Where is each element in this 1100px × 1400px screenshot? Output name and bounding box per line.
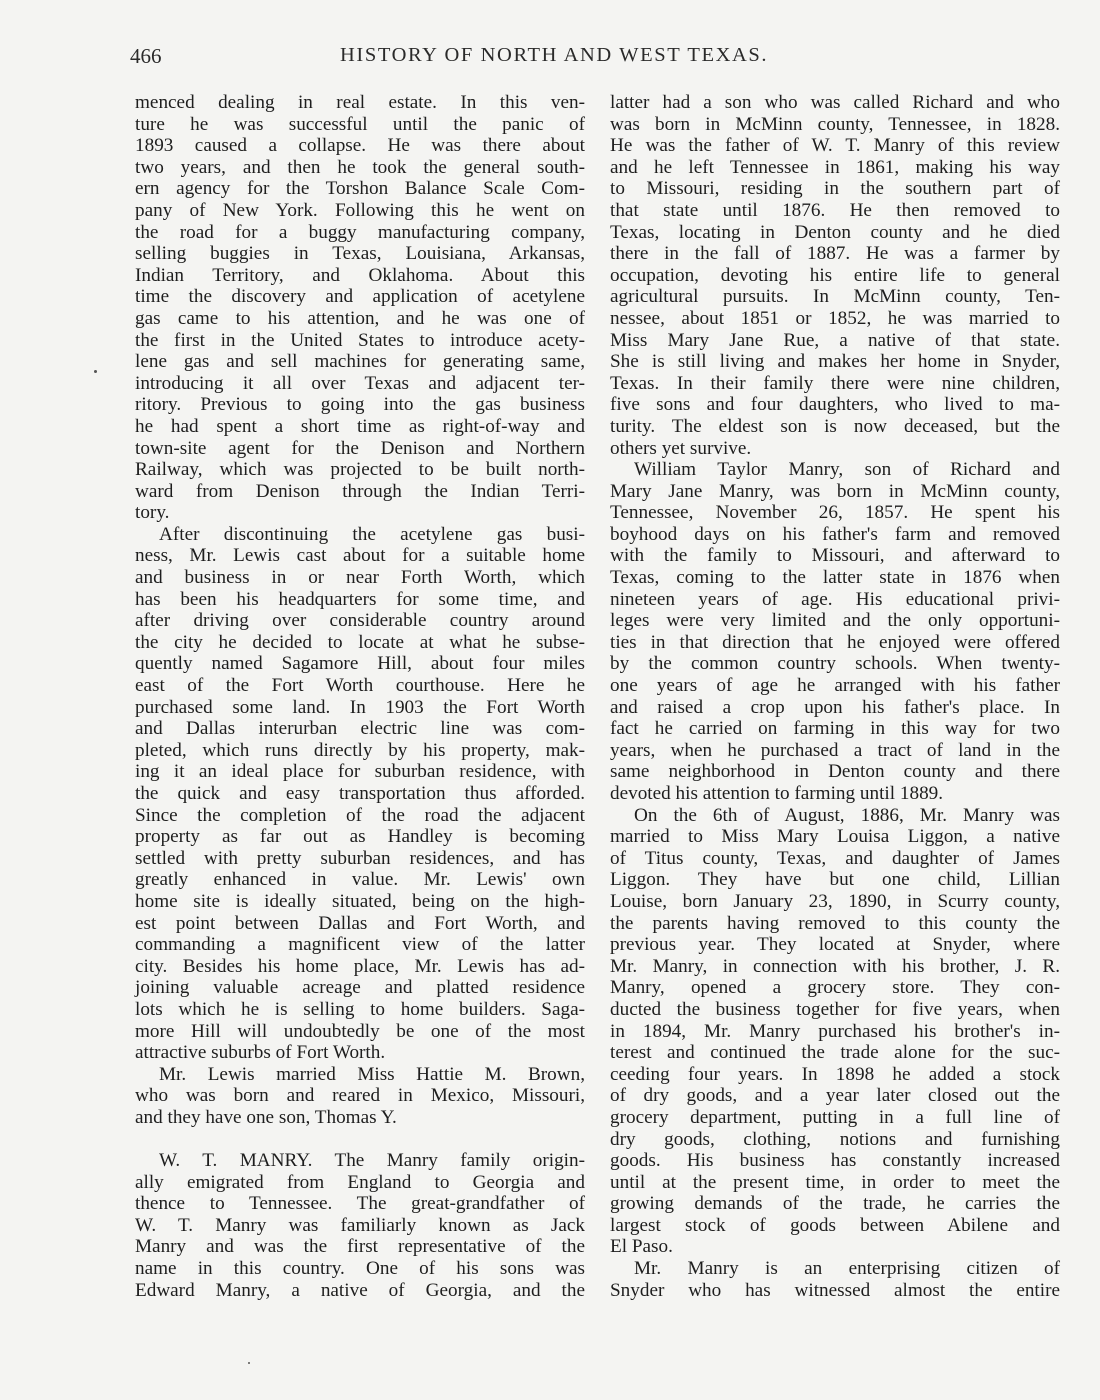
text-line: boyhood days on his father's farm and re… — [610, 524, 1060, 546]
text-line: one years of age he arranged with his fa… — [610, 675, 1060, 697]
text-line: ward from Denison through the Indian Ter… — [135, 481, 585, 503]
text-line: Manry and was the first representative o… — [135, 1236, 585, 1258]
text-line: attractive suburbs of Fort Worth. — [135, 1042, 585, 1064]
text-line: the city he decided to locate at what he… — [135, 632, 585, 654]
text-line: Mary Jane Manry, was born in McMinn coun… — [610, 481, 1060, 503]
page-number: 466 — [130, 44, 162, 69]
text-line: Texas. In their family there were nine c… — [610, 373, 1060, 395]
text-line: and Dallas interurban electric line was … — [135, 718, 585, 740]
text-line: lene gas and sell machines for generatin… — [135, 351, 585, 373]
text-line: terest and continued the trade alone for… — [610, 1042, 1060, 1064]
text-line: Manry, opened a grocery store. They con- — [610, 977, 1060, 999]
text-line: who was born and reared in Mexico, Misso… — [135, 1085, 585, 1107]
text-line: town-site agent for the Denison and Nort… — [135, 438, 585, 460]
text-line: W. T. Manry was familiarly known as Jack — [135, 1215, 585, 1237]
text-line: Texas, locating in Denton county and he … — [610, 222, 1060, 244]
book-page: 466 HISTORY OF NORTH AND WEST TEXAS. men… — [0, 0, 1100, 1400]
text-line: the first in the United States to introd… — [135, 330, 585, 352]
text-line: William Taylor Manry, son of Richard and — [610, 459, 1060, 481]
text-line: and he left Tennessee in 1861, making hi… — [610, 157, 1060, 179]
text-line: Indian Territory, and Oklahoma. About th… — [135, 265, 585, 287]
text-line: Texas, coming to the latter state in 187… — [610, 567, 1060, 589]
text-line: ritory. Previous to going into the gas b… — [135, 394, 585, 416]
running-title: HISTORY OF NORTH AND WEST TEXAS. — [340, 44, 768, 67]
text-line: dry goods, clothing, notions and furnish… — [610, 1129, 1060, 1151]
text-line: home site is ideally situated, being on … — [135, 891, 585, 913]
text-line: settled with pretty suburban residences,… — [135, 848, 585, 870]
text-line: two years, and then he took the general … — [135, 157, 585, 179]
text-line: turity. The eldest son is now deceased, … — [610, 416, 1060, 438]
text-line: joining valuable acreage and platted res… — [135, 977, 585, 999]
text-line: Mr. Manry, in connection with his brothe… — [610, 956, 1060, 978]
text-line: After discontinuing the acetylene gas bu… — [135, 524, 585, 546]
text-line: of Titus county, Texas, and daughter of … — [610, 848, 1060, 870]
text-line: 1893 caused a collapse. He was there abo… — [135, 135, 585, 157]
text-line: occupation, devoting his entire life to … — [610, 265, 1060, 287]
text-line: ern agency for the Torshon Balance Scale… — [135, 178, 585, 200]
text-line: menced dealing in real estate. In this v… — [135, 92, 585, 114]
text-line: Since the completion of the road the adj… — [135, 805, 585, 827]
text-line: east of the Fort Worth courthouse. Here … — [135, 675, 585, 697]
text-line: pleted, which runs directly by his prope… — [135, 740, 585, 762]
text-line: purchased some land. In 1903 the Fort Wo… — [135, 697, 585, 719]
text-line: others yet survive. — [610, 438, 1060, 460]
text-line: He was the father of W. T. Manry of this… — [610, 135, 1060, 157]
text-line: grocery department, putting in a full li… — [610, 1107, 1060, 1129]
text-line: has been his headquarters for some time,… — [135, 589, 585, 611]
print-speck — [94, 370, 97, 373]
text-line: tory. — [135, 502, 585, 524]
text-line: lots which he is selling to home builder… — [135, 999, 585, 1021]
text-line: and raised a crop upon his father's plac… — [610, 697, 1060, 719]
text-line: property as far out as Handley is becomi… — [135, 826, 585, 848]
text-line: name in this country. One of his sons wa… — [135, 1258, 585, 1280]
text-line: until at the present time, in order to m… — [610, 1172, 1060, 1194]
text-line: of dry goods, and a year later closed ou… — [610, 1085, 1060, 1107]
text-line: ties in that direction that he enjoyed w… — [610, 632, 1060, 654]
text-line: gas came to his attention, and he was on… — [135, 308, 585, 330]
text-line: that state until 1876. He then removed t… — [610, 200, 1060, 222]
text-line: nessee, about 1851 or 1852, he was marri… — [610, 308, 1060, 330]
text-line: in 1894, Mr. Manry purchased his brother… — [610, 1021, 1060, 1043]
text-line: by the common country schools. When twen… — [610, 653, 1060, 675]
text-line: was born in McMinn county, Tennessee, in… — [610, 114, 1060, 136]
text-line: quently named Sagamore Hill, about four … — [135, 653, 585, 675]
text-line: Liggon. They have but one child, Lillian — [610, 869, 1060, 891]
text-line: thence to Tennessee. The great-grandfath… — [135, 1193, 585, 1215]
text-line: and business in or near Forth Worth, whi… — [135, 567, 585, 589]
text-line: the road for a buggy manufacturing compa… — [135, 222, 585, 244]
text-line: On the 6th of August, 1886, Mr. Manry wa… — [610, 805, 1060, 827]
left-column: menced dealing in real estate. In this v… — [135, 92, 585, 1301]
text-line: ally emigrated from England to Georgia a… — [135, 1172, 585, 1194]
text-line: Mr. Manry is an enterprising citizen of — [610, 1258, 1060, 1280]
text-line: devoted his attention to farming until 1… — [610, 783, 1060, 805]
text-line: Railway, which was projected to be built… — [135, 459, 585, 481]
text-line: the quick and easy transportation thus a… — [135, 783, 585, 805]
text-line: est point between Dallas and Fort Worth,… — [135, 913, 585, 935]
text-line: the parents having removed to this count… — [610, 913, 1060, 935]
text-line: latter had a son who was called Richard … — [610, 92, 1060, 114]
text-line: Tennessee, November 26, 1857. He spent h… — [610, 502, 1060, 524]
text-line: leges were very limited and the only opp… — [610, 610, 1060, 632]
text-line: to Missouri, residing in the southern pa… — [610, 178, 1060, 200]
text-line: time the discovery and application of ac… — [135, 286, 585, 308]
text-line: he had spent a short time as right-of-wa… — [135, 416, 585, 438]
text-line: fact he carried on farming in this way f… — [610, 718, 1060, 740]
text-line: pany of New York. Following this he went… — [135, 200, 585, 222]
text-line: introducing it all over Texas and adjace… — [135, 373, 585, 395]
section-gap — [135, 1129, 585, 1151]
text-line: ness, Mr. Lewis cast about for a suitabl… — [135, 545, 585, 567]
text-line: growing demands of the trade, he carries… — [610, 1193, 1060, 1215]
text-line: married to Miss Mary Louisa Liggon, a na… — [610, 826, 1060, 848]
text-line: Snyder who has witnessed almost the enti… — [610, 1280, 1060, 1302]
text-line: same neighborhood in Denton county and t… — [610, 761, 1060, 783]
text-line: five sons and four daughters, who lived … — [610, 394, 1060, 416]
text-line: Miss Mary Jane Rue, a native of that sta… — [610, 330, 1060, 352]
text-line: more Hill will undoubtedly be one of the… — [135, 1021, 585, 1043]
text-line: ceeding four years. In 1898 he added a s… — [610, 1064, 1060, 1086]
text-line: ture he was successful until the panic o… — [135, 114, 585, 136]
text-line: previous year. They located at Snyder, w… — [610, 934, 1060, 956]
text-line: there in the fall of 1887. He was a farm… — [610, 243, 1060, 265]
text-line: greatly enhanced in value. Mr. Lewis' ow… — [135, 869, 585, 891]
text-line: largest stock of goods between Abilene a… — [610, 1215, 1060, 1237]
text-line: with the family to Missouri, and afterwa… — [610, 545, 1060, 567]
text-line: commanding a magnificent view of the lat… — [135, 934, 585, 956]
text-line: Mr. Lewis married Miss Hattie M. Brown, — [135, 1064, 585, 1086]
text-line: El Paso. — [610, 1236, 1060, 1258]
text-line: after driving over considerable country … — [135, 610, 585, 632]
text-line: agricultural pursuits. In McMinn county,… — [610, 286, 1060, 308]
text-line: nineteen years of age. His educational p… — [610, 589, 1060, 611]
text-line: selling buggies in Texas, Louisiana, Ark… — [135, 243, 585, 265]
right-column: latter had a son who was called Richard … — [610, 92, 1060, 1301]
text-line: W. T. MANRY. The Manry family origin- — [135, 1150, 585, 1172]
running-head: 466 HISTORY OF NORTH AND WEST TEXAS. — [130, 44, 1070, 74]
text-line: years, when he purchased a tract of land… — [610, 740, 1060, 762]
text-line: She is still living and makes her home i… — [610, 351, 1060, 373]
text-line: and they have one son, Thomas Y. — [135, 1107, 585, 1129]
text-line: city. Besides his home place, Mr. Lewis … — [135, 956, 585, 978]
text-line: ducted the business together for five ye… — [610, 999, 1060, 1021]
text-line: ing it an ideal place for suburban resid… — [135, 761, 585, 783]
text-line: Louise, born January 23, 1890, in Scurry… — [610, 891, 1060, 913]
print-speck — [248, 1362, 250, 1364]
text-line: goods. His business has constantly incre… — [610, 1150, 1060, 1172]
text-line: Edward Manry, a native of Georgia, and t… — [135, 1280, 585, 1302]
